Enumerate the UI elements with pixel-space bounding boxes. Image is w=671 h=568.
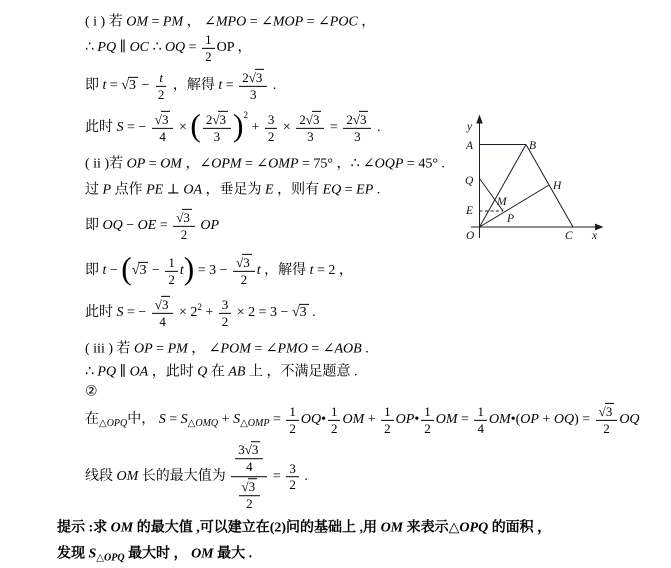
math-line-1: ( i ) 若 OM = PM ， ∠MPO = ∠MOP = ∠POC ，	[85, 13, 375, 31]
math-line-16: 发现 S△OPQ 最大时 ， OM 最大 .	[57, 545, 252, 563]
segment-OB	[480, 145, 527, 228]
math-line-3: 即 t = √3 − t2 ，解得 t = 2√33 .	[85, 71, 276, 101]
label-Q: Q	[465, 175, 474, 187]
math-line-5: ( ii )若 OP = OM ，∠OPM = ∠OMP = 75° ，∴ ∠O…	[85, 155, 445, 173]
label-A: A	[465, 140, 474, 152]
math-line-4: 此时 S = − √34 × (2√33)2 + 32 × 2√33 = 2√3…	[85, 113, 380, 143]
segment-OH	[480, 185, 550, 227]
math-line-11: ∴ PQ ∥ OA ，此时 Q 在 AB 上 ，不满足题意 .	[85, 363, 357, 381]
label-P: P	[506, 213, 514, 225]
math-line-12: ②	[85, 383, 98, 401]
math-line-8: 即 t − (√3 − 12t) = 3 − √32t ，解得 t = 2 ，	[85, 256, 353, 286]
math-line-7: 即 OQ − OE = √32 OP	[85, 211, 219, 241]
geometry-diagram: y A B Q M H E P O C x	[450, 110, 620, 250]
document-page: ( i ) 若 OM = PM ， ∠MPO = ∠MOP = ∠POC ，∴ …	[0, 0, 671, 568]
label-M: M	[496, 196, 508, 208]
label-B: B	[529, 140, 536, 152]
math-line-6: 过 P 点作 PE ⊥ OA ，垂足为 E ，则有 EQ = EP .	[85, 181, 380, 199]
math-line-9: 此时 S = − √34 × 22 + 32 × 2 = 3 − √3 .	[85, 298, 316, 328]
math-line-14: 线段 OM 长的最大值为 3√34√32 = 32 .	[85, 441, 308, 513]
label-E: E	[465, 205, 473, 217]
label-C: C	[565, 230, 573, 242]
y-axis-arrow-icon	[476, 115, 483, 124]
label-H: H	[552, 180, 562, 192]
math-line-15: 提示 :求 OM 的最大值 ,可以建立在(2)问的基础上 ,用 OM 来表示△O…	[57, 519, 551, 537]
math-line-10: ( iii ) 若 OP = PM ， ∠POM = ∠PMO = ∠AOB .	[85, 340, 369, 358]
label-O: O	[466, 230, 475, 242]
segment-BC	[526, 145, 573, 228]
math-line-2: ∴ PQ ∥ OC ∴ OQ = 12OP ，	[85, 33, 251, 63]
label-x: x	[591, 230, 598, 242]
math-line-13: 在△OPQ中， S = S△OMQ + S△OMP = 12OQ•12OM + …	[85, 405, 640, 435]
label-y: y	[466, 121, 473, 133]
